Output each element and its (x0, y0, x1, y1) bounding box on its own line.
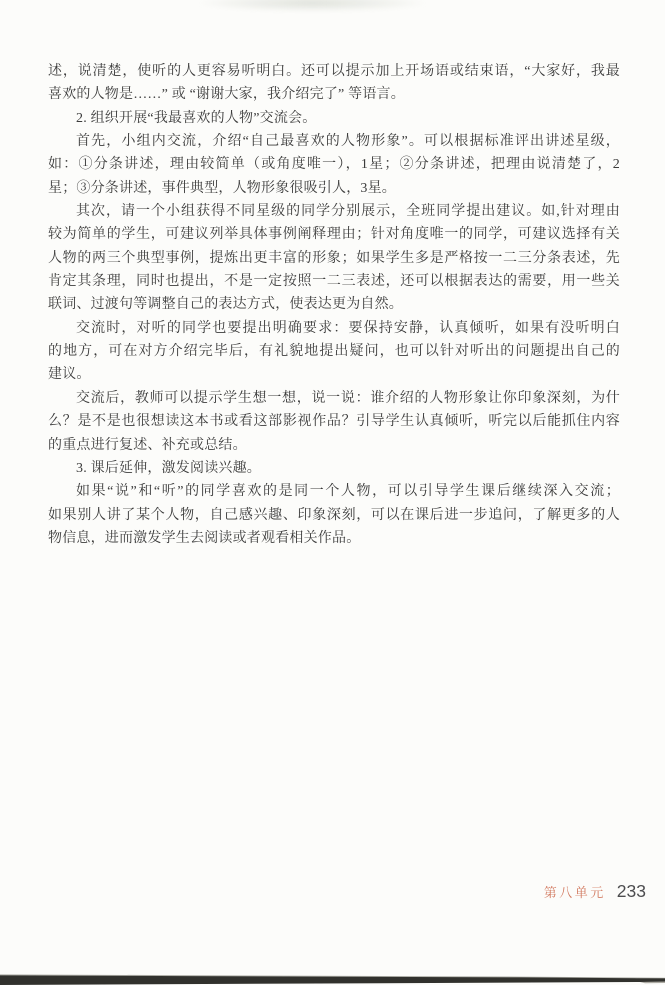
text-line: 星；③分条讲述，事件典型，人物形象很吸引人，3星。 (48, 177, 620, 200)
page-footer: 第八单元 233 (544, 881, 646, 902)
paragraph: 3. 课后延伸，激发阅读兴趣。 (48, 457, 620, 480)
paragraph: 述，说清楚，使听的人更容易听明白。还可以提示加上开场语或结束语，“大家好，我最 … (48, 60, 620, 107)
text-line: 肯定其条理，同时也提出，不是一定按照一二三表述，还可以根据表达的需要，用一些关 (48, 270, 620, 293)
unit-label: 第八单元 (544, 882, 606, 901)
text-line: 如果别人讲了某个人物，自己感兴趣、印象深刻，可以在课后进一步追问，了解更多的人 (48, 504, 620, 527)
text-line: 交流时，对听的同学也要提出明确要求：要保持安静，认真倾听，如果有没听明白 (48, 317, 620, 340)
text-line: 喜欢的人物是……” 或 “谢谢大家，我介绍完了” 等语言。 (48, 83, 620, 106)
scan-bottom-edge (0, 971, 665, 985)
scan-smudge (195, 0, 430, 12)
text-line: 较为简单的学生，可建议列举具体事例阐释理由；针对角度唯一的同学，可建议选择有关 (48, 223, 620, 246)
text-line: 2. 组织开展“我最喜欢的人物”交流会。 (48, 107, 620, 130)
text-line: 交流后，教师可以提示学生想一想，说一说：谁介绍的人物形象让你印象深刻，为什 (48, 387, 620, 410)
text-line: 么？是不是也很想读这本书或看这部影视作品？引导学生认真倾听，听完以后能抓住内容 (48, 410, 620, 433)
text-line: 如果“说”和“听”的同学喜欢的是同一个人物，可以引导学生课后继续深入交流； (48, 480, 620, 503)
text-line: 联词、过渡句等调整自己的表达方式，使表达更为自然。 (48, 293, 620, 316)
paragraph: 2. 组织开展“我最喜欢的人物”交流会。 (48, 107, 620, 130)
text-line: 物信息，进而激发学生去阅读或者观看相关作品。 (48, 527, 620, 550)
book-page-scan: 述，说清楚，使听的人更容易听明白。还可以提示加上开场语或结束语，“大家好，我最 … (0, 0, 665, 985)
text-line: 人物的两三个典型事例，提炼出更丰富的形象；如果学生多是严格按一二三分条表述，先 (48, 247, 620, 270)
paragraph: 交流时，对听的同学也要提出明确要求：要保持安静，认真倾听，如果有没听明白 的地方… (48, 317, 620, 387)
text-line: 建议。 (48, 363, 620, 386)
paragraph: 其次，请一个小组获得不同星级的同学分别展示，全班同学提出建议。如,针对理由 较为… (48, 200, 620, 317)
text-line: 如：①分条讲述，理由较简单（或角度唯一），1星；②分条讲述，把理由说清楚了，2 (48, 153, 620, 176)
text-line: 的重点进行复述、补充或总结。 (48, 434, 620, 457)
text-line: 的地方，可在对方介绍完毕后，有礼貌地提出疑问，也可以针对听出的问题提出自己的 (48, 340, 620, 363)
text-line: 首先，小组内交流，介绍“自己最喜欢的人物形象”。可以根据标准评出讲述星级， (48, 130, 620, 153)
body-text: 述，说清楚，使听的人更容易听明白。还可以提示加上开场语或结束语，“大家好，我最 … (48, 60, 620, 550)
text-line: 其次，请一个小组获得不同星级的同学分别展示，全班同学提出建议。如,针对理由 (48, 200, 620, 223)
paragraph: 如果“说”和“听”的同学喜欢的是同一个人物，可以引导学生课后继续深入交流； 如果… (48, 480, 620, 550)
text-line: 3. 课后延伸，激发阅读兴趣。 (48, 457, 620, 480)
text-line: 述，说清楚，使听的人更容易听明白。还可以提示加上开场语或结束语，“大家好，我最 (48, 60, 620, 83)
paragraph: 首先，小组内交流，介绍“自己最喜欢的人物形象”。可以根据标准评出讲述星级， 如：… (48, 130, 620, 200)
paragraph: 交流后，教师可以提示学生想一想，说一说：谁介绍的人物形象让你印象深刻，为什 么？… (48, 387, 620, 457)
page-number: 233 (617, 881, 646, 902)
